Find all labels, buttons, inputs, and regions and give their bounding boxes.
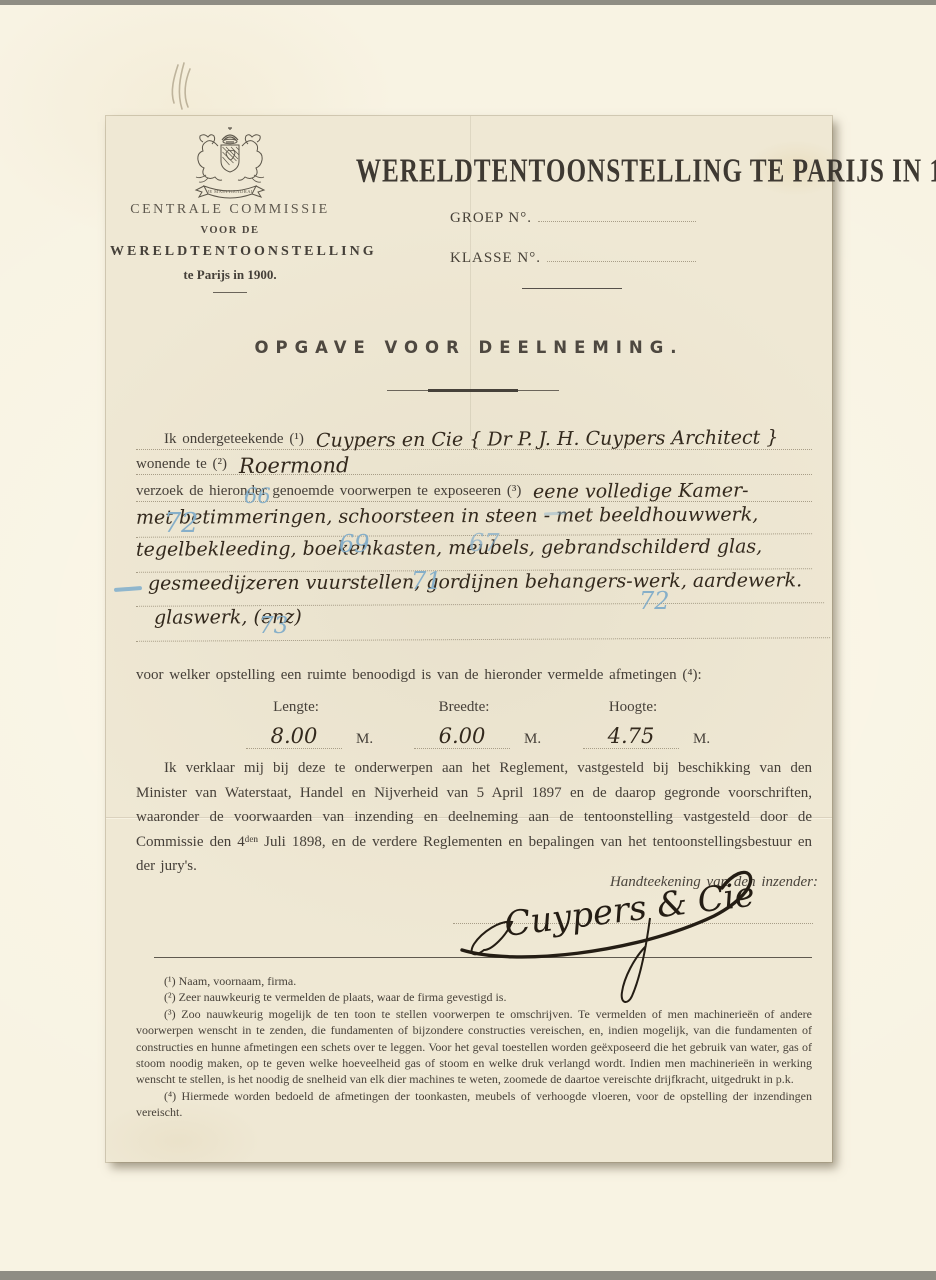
issuer-line-3: WERELDTENTOONSTELLING <box>110 244 350 260</box>
header-short-rule <box>522 288 622 289</box>
klasse-label: KLASSE N°. <box>450 250 541 267</box>
issuer-line-2: VOOR DE <box>110 225 350 236</box>
dimension-height: Hoogte: 4.75 M. <box>583 699 710 749</box>
blue-number-73: 73 <box>259 613 288 639</box>
space-sentence: voor welker opstelling een ruimte benood… <box>136 667 812 684</box>
dimension-length: Lengte: 8.00 M. <box>246 699 373 749</box>
groep-blank-line <box>538 208 696 222</box>
footnote-4: (⁴) Hiermede worden bedoeld de afmetinge… <box>136 1088 812 1121</box>
width-unit: M. <box>524 731 541 748</box>
heading-divider <box>387 389 559 392</box>
groep-field: GROEP N°. <box>450 208 696 227</box>
form-heading: OPGAVE VOOR DEELNEMING. <box>106 338 832 357</box>
length-value-handwriting: 8.00 <box>246 724 342 749</box>
klasse-field: KLASSE N°. <box>450 248 696 267</box>
width-value-handwriting: 6.00 <box>414 724 510 749</box>
issuer-block: CENTRALE COMMISSIE VOOR DE WERELDTENTOON… <box>110 202 350 293</box>
handwritten-line-4: glaswerk, (enz) <box>136 603 830 642</box>
blue-number-72b: 72 <box>639 587 670 615</box>
height-label: Hoogte: <box>583 699 683 716</box>
handwritten-line-3: gesmeedijzeren vuurstellen, gordijnen be… <box>136 569 824 607</box>
objects-value-handwriting: eene volledige Kamer- <box>521 480 812 502</box>
issuer-line-1: CENTRALE COMMISSIE <box>110 202 350 218</box>
form-row-residence: wonende te (²) Roermond <box>136 447 812 475</box>
form-row-objects: verzoek de hieronder genoemde voorwerpen… <box>136 472 812 502</box>
blue-number-67: 67 <box>469 529 500 557</box>
signature-text: Cuypers & Cie <box>502 875 757 945</box>
signature-flourish: Cuypers & Cie <box>454 858 774 1023</box>
dutch-coat-of-arms: JE MAINTIENDRAI <box>182 126 278 206</box>
issuer-line-4: te Parijs in 1900. <box>110 267 350 283</box>
blue-number-72: 72 <box>164 508 198 539</box>
document-page: JE MAINTIENDRAI CENTRALE COMMISSIE VOOR … <box>106 116 832 1162</box>
pencil-mark <box>150 57 220 121</box>
blue-number-66: 66 <box>244 484 271 508</box>
height-value-handwriting: 4.75 <box>583 724 679 749</box>
blue-number-71: 71 <box>411 567 442 595</box>
coat-of-arms-motto: JE MAINTIENDRAI <box>207 189 253 194</box>
issuer-rule <box>213 292 247 293</box>
objects-label: verzoek de hieronder genoemde voorwerpen… <box>136 483 521 501</box>
form-row-name: Ik ondergeteekende (¹) Cuypers en Cie { … <box>136 419 812 450</box>
dimension-width: Breedte: 6.00 M. <box>414 699 541 749</box>
width-label: Breedte: <box>414 699 514 716</box>
length-unit: M. <box>356 731 373 748</box>
document-title: WERELDTENTOONSTELLING TE PARIJS IN 1900. <box>346 156 806 186</box>
length-label: Lengte: <box>246 699 346 716</box>
groep-label: GROEP N°. <box>450 210 532 227</box>
klasse-blank-line <box>547 248 696 262</box>
height-unit: M. <box>693 731 710 748</box>
blue-number-69: 69 <box>339 530 370 558</box>
